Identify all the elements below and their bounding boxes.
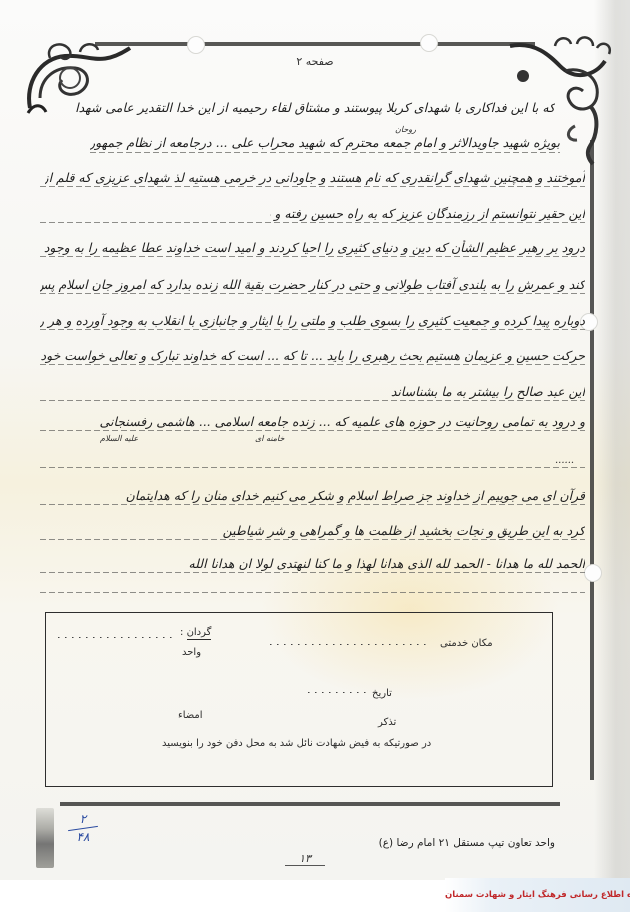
ruled-line (40, 592, 585, 593)
rank-label: گردان : (180, 627, 211, 638)
letter-line-3: آموختند و همچنین شهدای گرانقدری که نام ه… (45, 170, 585, 185)
inserted-word-note: خامنه ای (255, 434, 284, 443)
rank-field-dots (58, 637, 176, 638)
archive-stamp-icon (36, 808, 54, 868)
service-place-label: مکان خدمتی (440, 638, 493, 649)
signature-label: امضاء (178, 710, 203, 721)
punch-hole (584, 564, 602, 582)
punch-hole (420, 34, 438, 52)
site-watermark: نوید شاهد پایگاه اطلاع رسانی فرهنگ ایثار… (445, 878, 630, 912)
punch-hole (187, 36, 205, 54)
frame-right-border (590, 140, 594, 780)
letter-line-9: این عبد صالح را بیشتر به ما بشناساند (280, 384, 585, 399)
letter-line-10: و درود به تمامی روحانیت در حوزه های علمی… (40, 414, 585, 429)
ruled-line (40, 186, 585, 187)
date-label: تاریخ (372, 688, 392, 699)
ruled-line (40, 293, 585, 294)
ellipsis-mark: ...... (555, 455, 574, 466)
letter-line-7: دوباره پیدا کرده و جمعیت کثیری را بسوی ط… (40, 313, 585, 328)
ruled-line (40, 430, 585, 431)
issuing-unit: واحد تعاون تیپ مستقل ۲۱ امام رضا (ع) (260, 837, 555, 849)
date-field-dots (308, 692, 368, 693)
closing-line-2: کرد به این طریق و نجات بخشید از ظلمت ها … (190, 523, 585, 538)
ruled-line (90, 152, 560, 153)
ruled-line (40, 400, 585, 401)
ruled-line (40, 364, 585, 365)
letter-line-1: که با این فداکاری با شهدای کربلا پیوستند… (45, 100, 555, 115)
page-label: صفحه ۲ (240, 55, 390, 68)
ruled-line (40, 467, 585, 468)
unit-label: واحد (182, 647, 201, 658)
watermark-caption: پایگاه اطلاع رسانی فرهنگ ایثار و شهادت س… (445, 890, 630, 900)
frame-top-border (95, 42, 535, 46)
service-place-field-dots (270, 644, 430, 645)
letter-line-2: بویژه شهید جاویدالاثر و امام جمعه محترم … (90, 135, 560, 150)
ruled-line (40, 504, 585, 505)
inserted-word-note: روحان (395, 125, 416, 134)
ruled-line (40, 329, 585, 330)
letter-line-6: کند و عمرش را به بلندی آفتاب طولانی و حت… (40, 277, 585, 292)
ruled-line (40, 572, 585, 573)
closing-line-1: قرآن ای می جوییم از خداوند جز صراط اسلام… (60, 488, 585, 503)
letter-line-8: حرکت حسین و عزیمان هستیم بحث رهبری را با… (40, 348, 585, 363)
frame-bottom-border (60, 802, 560, 806)
inserted-word-note: علیه السلام (100, 434, 138, 443)
burial-instruction: در صورتیکه به فیض شهادت نائل شد به محل د… (162, 738, 431, 749)
handwritten-page-number: ۱۳ (285, 852, 325, 866)
page-number-label: صفحه ۲ (296, 55, 333, 68)
note-label: تذکر (378, 717, 396, 728)
ruled-line (40, 222, 585, 223)
closing-line-3: الحمد لله ما هدانا - الحمد لله الذی هدان… (70, 556, 585, 571)
ruled-line (40, 256, 585, 257)
letter-line-4: این حقیر نتوانستم از رزمندگان عزیز که به… (270, 206, 585, 221)
archive-number: ۲ ۴۸ (66, 812, 100, 845)
scanned-letter-page: صفحه ۲ که با این فداکاری با شهدای کربلا … (0, 0, 630, 880)
letter-line-5: درود بر رهبر عظیم الشأن که دین و دنیای ک… (40, 240, 585, 255)
ruled-line (40, 539, 585, 540)
